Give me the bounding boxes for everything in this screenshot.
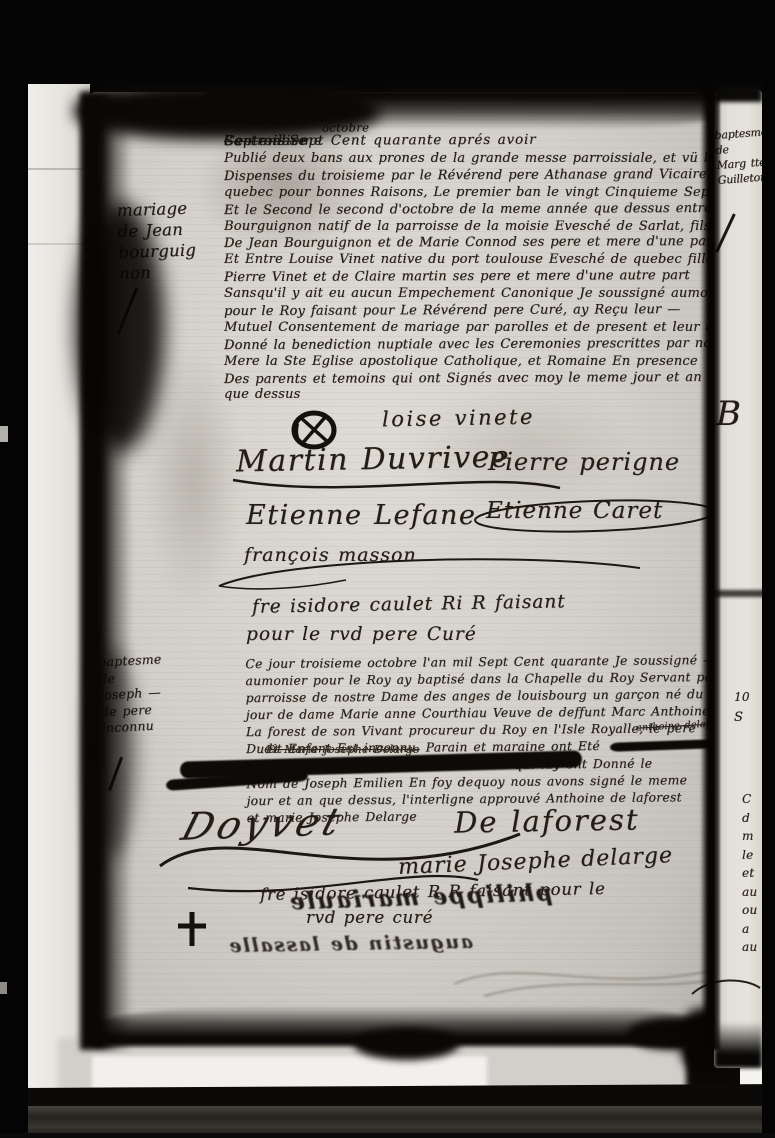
manuscript-line: De Jean Bourguignon et de Marie Connod s…: [224, 234, 710, 253]
film-edge-notch: [0, 426, 8, 442]
page-crease: [712, 590, 766, 597]
manuscript-line: Des parents et temoins qui ont Signés av…: [224, 370, 710, 389]
text-fragment: au: [742, 883, 757, 902]
ink-show-through-text: augustin de lassalle: [228, 931, 473, 957]
manuscript-line: Bourguignon natif de la parroisse de la …: [224, 219, 710, 236]
text-fragment: S: [734, 710, 743, 725]
officiant-signature-line2: rvd pere curé: [306, 908, 433, 927]
backing-crease: [26, 243, 88, 245]
marriage-record-text: Ce troisieme Septembre l'an mil Sept Cen…: [224, 132, 710, 404]
text-fragment: 10: [734, 690, 750, 704]
text-fragment: au: [742, 938, 757, 957]
text-fragment: le: [742, 846, 757, 865]
signature-francois-masson: françois masson: [244, 544, 417, 566]
register-page-left: mariage de Jean bourguig non Ce troisiem…: [88, 92, 710, 1048]
text-fragment: C: [742, 790, 757, 809]
page-edge-burn: [88, 647, 136, 857]
manuscript-line: Pierre Vinet et de Claire martin ses per…: [224, 268, 710, 287]
binding-gutter-shadow: [700, 88, 720, 1050]
text-fragment: d: [742, 809, 757, 828]
text-fragment: ou: [742, 901, 757, 920]
manuscript-line: Dispenses du troisieme par le Révérend p…: [224, 167, 710, 186]
signature-etienne-lefane: Etienne Lefane: [246, 500, 476, 531]
register-page-right-edge: baptesme de Marg tte Guilleton B 10 S C …: [714, 90, 762, 1068]
cross-mark-icon: [176, 910, 208, 948]
signature-martin-duvrivee: Martin Duvrivee: [236, 440, 511, 480]
manuscript-line: quebec pour bonnes Raisons, Le premier b…: [224, 185, 710, 202]
manuscript-line: Donné la benediction nuptiale avec les C…: [224, 336, 710, 355]
photo-black-border: [0, 0, 775, 84]
signature-de-laforest: De laforest: [454, 802, 640, 839]
manuscript-line: Et Entre Louise Vinet native du port tou…: [224, 252, 710, 269]
struck-out-interline: Et Marie Josephe Delarge: [266, 743, 419, 756]
page-edge-burn: [354, 1028, 459, 1060]
manuscript-line: Mere la Ste Eglise apostolique Catholiqu…: [224, 354, 710, 371]
manuscript-line: Publié deux bans aux prones de la grande…: [224, 151, 710, 168]
signature-etienne-caret: Etienne Caret: [486, 498, 663, 524]
officiant-signature-line2: pour le rvd pere Curé: [246, 624, 477, 645]
page-edge-burn: [76, 202, 164, 452]
manuscript-line: Et le Second le second d'octobre de la m…: [224, 201, 710, 220]
manuscript-line: que dessus: [224, 387, 710, 404]
film-edge-notch: [0, 982, 7, 994]
manuscript-line: Sansqu'il y ait eu aucun Empechement Can…: [224, 286, 710, 303]
backing-crease: [26, 168, 88, 170]
photo-black-border: [0, 0, 28, 1138]
text-fragment: et: [742, 864, 757, 883]
manuscript-line: Mutuel Consentement de mariage par parol…: [224, 320, 710, 337]
photo-black-border: [0, 1133, 775, 1138]
signature-pierre-perigne: Pierre perigne: [488, 448, 680, 476]
illegible-paraph-signature: Doyvet: [177, 799, 349, 848]
mark-caption: loise vinete: [382, 405, 535, 432]
text-fragment: a: [742, 920, 757, 939]
page-top-edge: [714, 86, 762, 102]
cut-off-line-fragments: C d m le et au ou a au: [742, 790, 757, 957]
manuscript-line: pour le Roy faisant pour Le Révérend per…: [224, 302, 710, 321]
text-fragment: m: [742, 827, 757, 846]
archival-register-photograph: mariage de Jean bourguig non Ce troisiem…: [0, 0, 775, 1138]
page-bottom-edge: [714, 1022, 762, 1068]
photo-black-border: [762, 0, 775, 1138]
